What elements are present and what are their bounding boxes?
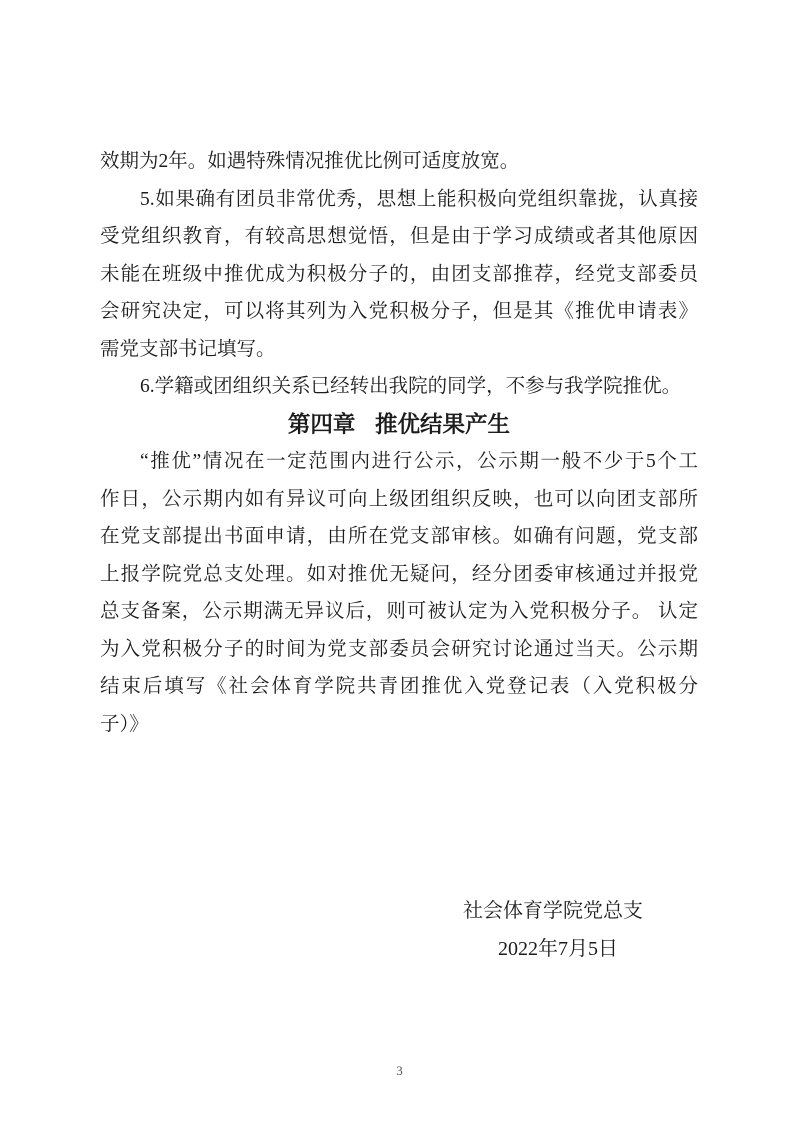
text-line: 需党支部书记填写。: [100, 331, 698, 369]
text-line: 5.如果确有团员非常优秀，思想上能积极向党组织靠拢，认真接: [100, 181, 698, 219]
text-line: 上报学院党总支处理。如对推优无疑问，经分团委审核通过并报党: [100, 556, 698, 594]
text-line: 会研究决定，可以将其列为入党积极分子，但是其《推优申请表》: [100, 293, 698, 331]
text-line: 子）》: [100, 706, 698, 744]
text-line: 结束后填写《社会体育学院共青团推优入党登记表（入党积极分: [100, 668, 698, 706]
document-page: 效期为2年。如遇特殊情况推优比例可适度放宽。 5.如果确有团员非常优秀，思想上能…: [0, 0, 799, 1131]
text-line: 在党支部提出书面申请，由所在党支部审核。如确有问题，党支部: [100, 518, 698, 556]
text-line: “推优”情况在一定范围内进行公示，公示期一般不少于5个工: [100, 443, 698, 481]
text-line: 效期为2年。如遇特殊情况推优比例可适度放宽。: [100, 143, 698, 181]
text-line: 受党组织教育，有较高思想觉悟，但是由于学习成绩或者其他原因: [100, 218, 698, 256]
signature-block: 社会体育学院党总支 2022年7月5日: [100, 893, 698, 968]
signature-organization: 社会体育学院党总支: [100, 893, 698, 931]
chapter-heading: 第四章 推优结果产生: [100, 406, 698, 444]
text-line: 6.学籍或团组织关系已经转出我院的同学，不参与我学院推优。: [100, 368, 698, 406]
page-number: 3: [0, 1063, 799, 1079]
text-line: 未能在班级中推优成为积极分子的，由团支部推荐，经党支部委员: [100, 256, 698, 294]
text-line: 总支备案，公示期满无异议后，则可被认定为入党积极分子。 认定: [100, 593, 698, 631]
document-body: 效期为2年。如遇特殊情况推优比例可适度放宽。 5.如果确有团员非常优秀，思想上能…: [100, 143, 698, 743]
signature-date: 2022年7月5日: [100, 931, 698, 969]
text-line: 作日，公示期内如有异议可向上级团组织反映，也可以向团支部所: [100, 481, 698, 519]
text-line: 为入党积极分子的时间为党支部委员会研究讨论通过当天。公示期: [100, 631, 698, 669]
